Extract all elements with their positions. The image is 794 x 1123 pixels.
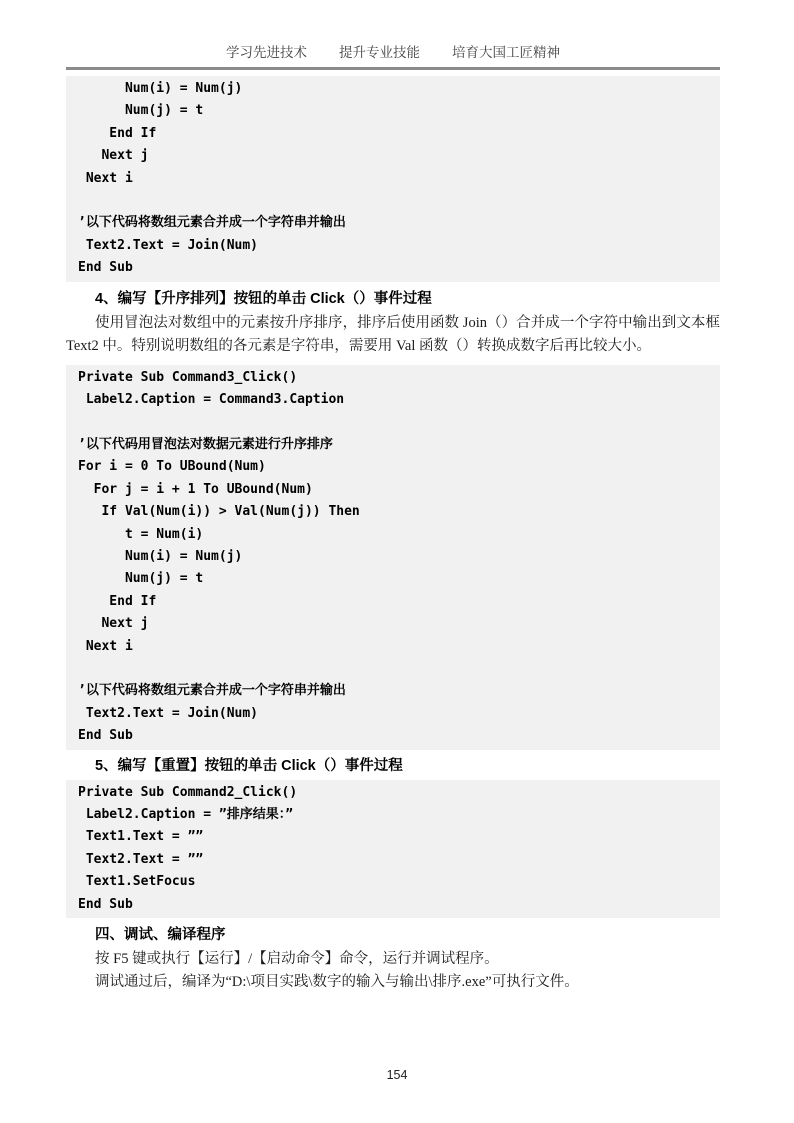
page-number: 154 — [387, 1068, 408, 1082]
debug-run-paragraph: 按 F5 键或执行【运行】/【启动命令】命令，运行并调试程序。 — [66, 948, 720, 971]
section-4-paragraph: 使用冒泡法对数组中的元素按升序排序，排序后使用函数 Join（）合并成一个字符中… — [66, 312, 720, 358]
code-block-command3-click: Private Sub Command3_Click() Label2.Capt… — [66, 365, 720, 750]
document-page: 学习先进技术 提升专业技能 培育大国工匠精神 Num(i) = Num(j) N… — [0, 0, 794, 1123]
code-block-descending-sort-continuation: Num(i) = Num(j) Num(j) = t End If Next j… — [66, 76, 720, 282]
page-header-motto: 学习先进技术 提升专业技能 培育大国工匠精神 — [66, 44, 720, 70]
motto-phrase-3: 培育大国工匠精神 — [452, 44, 560, 61]
motto-phrase-1: 学习先进技术 — [226, 44, 307, 61]
page-footer: 154 — [0, 1068, 794, 1082]
section-debug-heading: 四、调试、编译程序 — [66, 924, 720, 946]
motto-phrase-2: 提升专业技能 — [339, 44, 420, 61]
debug-compile-paragraph: 调试通过后，编译为“D:\项目实践\数字的输入与输出\排序.exe”可执行文件。 — [66, 971, 720, 994]
code-block-command2-click: Private Sub Command2_Click() Label2.Capt… — [66, 780, 720, 918]
section-5-heading: 5、编写【重置】按钮的单击 Click（）事件过程 — [66, 755, 720, 777]
page-content: 学习先进技术 提升专业技能 培育大国工匠精神 Num(i) = Num(j) N… — [66, 44, 720, 994]
section-4-heading: 4、编写【升序排列】按钮的单击 Click（）事件过程 — [66, 288, 720, 310]
